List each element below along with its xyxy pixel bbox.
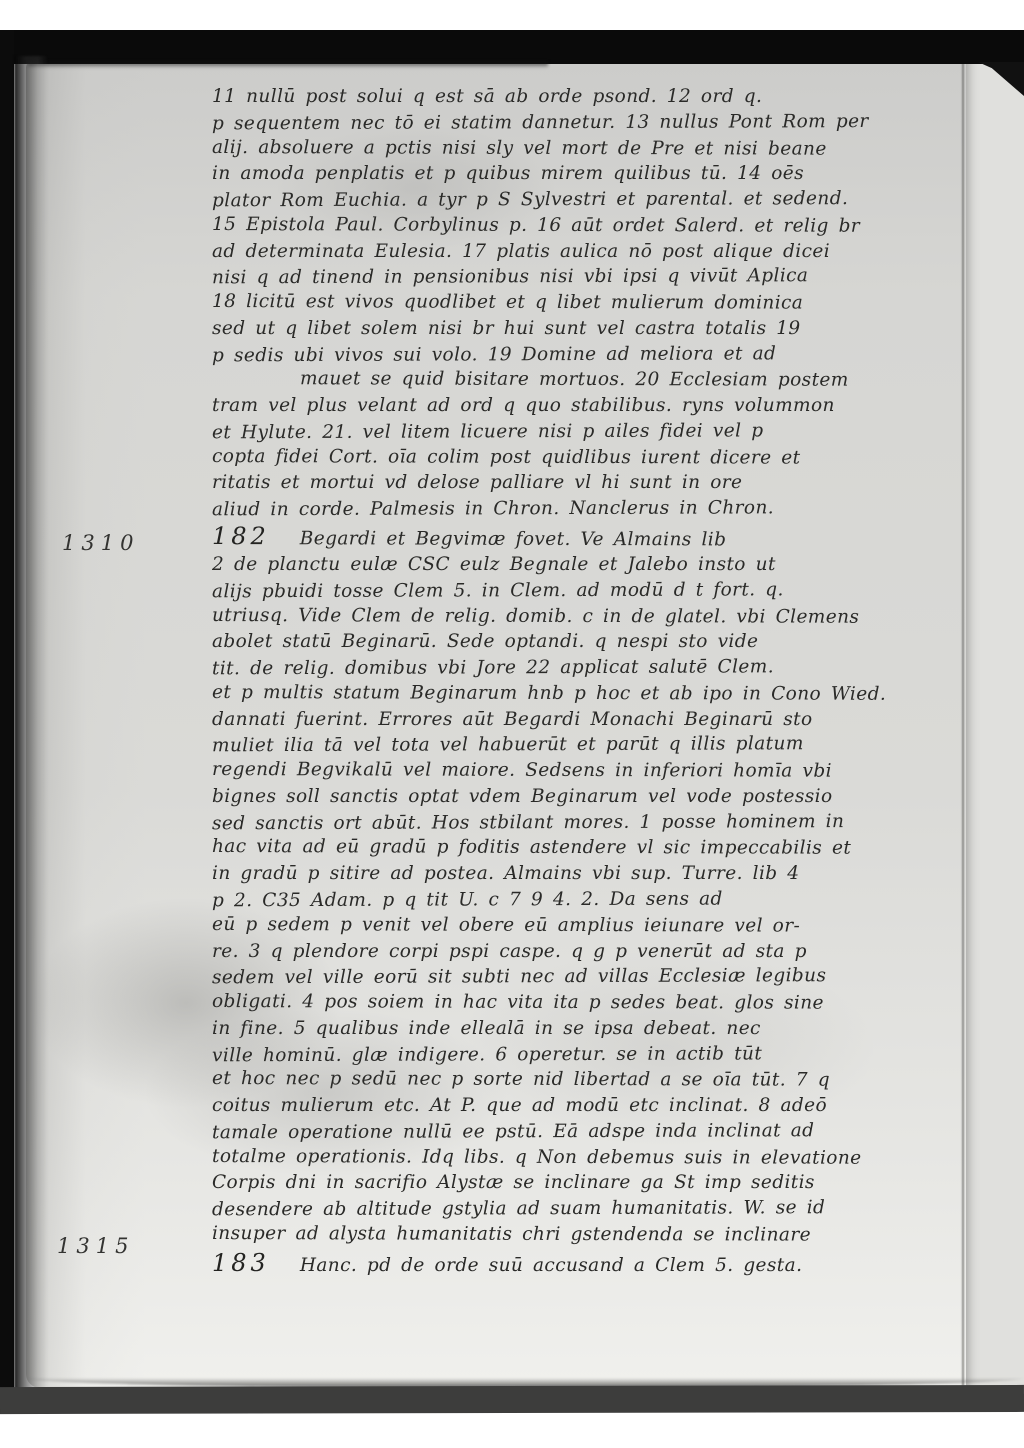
line-text: alij. absoluere a pctis nisi sly vel mor… (212, 137, 827, 160)
frame-shadow (28, 62, 548, 68)
line-text: sed sanctis ort abūt. Hos stbilant mores… (212, 811, 844, 834)
line-text: regendi Begvikalū vel maiore. Sedsens in… (212, 759, 832, 782)
line-text: insuper ad alysta humanitatis chri gsten… (212, 1223, 811, 1246)
manuscript-line: in gradū p sitire ad postea. Almains vbi… (212, 861, 960, 887)
manuscript-line: sedem vel ville eorū sit subti nec ad vi… (212, 963, 960, 991)
manuscript-line: plator Rom Euchia. a tyr p S Sylvestri e… (212, 186, 960, 214)
manuscript-line: et Hylute. 21. vel litem licuere nisi p … (212, 418, 960, 446)
section-number: 182 (212, 522, 270, 550)
manuscript-line: 15 Epistola Paul. Corbylinus p. 16 aūt o… (212, 212, 960, 240)
line-text: aliud in corde. Palmesis in Chron. Nancl… (212, 498, 774, 521)
photo-frame-top (0, 30, 1024, 64)
manuscript-line: tit. de relig. domibus vbi Jore 22 appli… (212, 654, 960, 682)
line-text: Begardi et Begvimæ fovet. Ve Almains lib (300, 528, 727, 550)
manuscript-line: Corpis dni in sacrifio Alystæ se inclina… (212, 1170, 960, 1196)
line-text: Corpis dni in sacrifio Alystæ se inclina… (212, 1172, 815, 1193)
manuscript-line: bignes soll sanctis optat vdem Beginarum… (212, 784, 960, 810)
line-text: plator Rom Euchia. a tyr p S Sylvestri e… (212, 188, 848, 211)
manuscript-line: ritatis et mortui vd delose palliare vl … (212, 470, 960, 496)
line-text: 11 nullū post solui q est sā ab orde pso… (212, 86, 762, 107)
manuscript-line: in fine. 5 qualibus inde ellealā in se i… (212, 1016, 960, 1042)
manuscript-line: desendere ab altitude gstylia ad suam hu… (212, 1195, 960, 1223)
line-text: in amoda penplatis et p quibus mirem qui… (212, 163, 804, 184)
manuscript-line: p sedis ubi vivos sui volo. 19 Domine ad… (212, 340, 960, 368)
line-text: ad determinata Eulesia. 17 platis aulica… (212, 241, 830, 262)
manuscript-line: p 2. C35 Adam. p q tit U. c 7 9 4. 2. Da… (212, 886, 960, 914)
line-text: 18 licitū est vivos quodlibet et q libet… (212, 291, 803, 314)
line-text: 15 Epistola Paul. Corbylinus p. 16 aūt o… (212, 214, 860, 237)
manuscript-line: regendi Begvikalū vel maiore. Sedsens in… (212, 757, 960, 785)
manuscript-line: utriusq. Vide Clem de relig. domib. c in… (212, 603, 960, 631)
photo-frame-left (0, 30, 14, 1414)
manuscript-line: nisi q ad tinend in pensionibus nisi vbi… (212, 263, 960, 291)
line-text: abolet statū Beginarū. Sede optandi. q n… (212, 631, 758, 652)
manuscript-line: ville hominū. glæ indigere. 6 operetur. … (212, 1040, 960, 1068)
line-text: eū p sedem p venit vel obere eū amplius … (212, 914, 800, 937)
line-text: 2 de planctu eulæ CSC eulz Begnale et Ja… (212, 554, 776, 575)
line-text: desendere ab altitude gstylia ad suam hu… (212, 1197, 825, 1220)
line-text: Hanc. pd de orde suū accusand a Clem 5. … (300, 1255, 803, 1276)
line-text: re. 3 q plendore corpi pspi caspe. q g p… (212, 941, 807, 962)
binding-gutter (14, 56, 48, 1396)
manuscript-line: 183Hanc. pd de orde suū accusand a Clem … (212, 1248, 960, 1278)
manuscript-line: hac vita ad eū gradū p foditis astendere… (212, 834, 960, 862)
page-crease (962, 60, 964, 1386)
manuscript-line: mauet se quid bisitare mortuos. 20 Eccle… (212, 366, 960, 394)
manuscript-line: sed sanctis ort abūt. Hos stbilant mores… (212, 808, 960, 836)
line-text: p sequentem nec tō ei statim dannetur. 1… (212, 111, 869, 134)
manuscript-line: muliet ilia tā vel tota vel habuerūt et … (212, 731, 960, 759)
manuscript-line: 182Begardi et Begvimæ fovet. Ve Almains … (212, 521, 960, 553)
line-text: tamale operatione nullū ee pstū. Eā adsp… (212, 1120, 814, 1143)
line-text: copta fidei Cort. oīa colim post quidlib… (212, 446, 801, 469)
manuscript-line: p sequentem nec tō ei statim dannetur. 1… (212, 108, 960, 136)
book-bottom-edge (0, 1385, 1024, 1414)
manuscript-photo: 1310 1315 11 nullū post solui q est sā a… (0, 0, 1024, 1448)
line-text: p 2. C35 Adam. p q tit U. c 7 9 4. 2. Da… (212, 888, 723, 911)
manuscript-line: alij. absoluere a pctis nisi sly vel mor… (212, 135, 960, 163)
margin-year-1315: 1315 (57, 1234, 134, 1258)
adjacent-page-edge (966, 58, 1024, 1388)
line-text: ville hominū. glæ indigere. 6 operetur. … (212, 1043, 762, 1066)
manuscript-line: et p multis statum Beginarum hnb p hoc e… (212, 680, 960, 708)
manuscript-line: 18 licitū est vivos quodlibet et q libet… (212, 289, 960, 317)
manuscript-line: re. 3 q plendore corpi pspi caspe. q g p… (212, 939, 960, 965)
manuscript-line: tram vel plus velant ad ord q quo stabil… (212, 393, 960, 419)
manuscript-line: coitus mulierum etc. At P. que ad modū e… (212, 1093, 960, 1119)
manuscript-line: ad determinata Eulesia. 17 platis aulica… (212, 239, 960, 265)
manuscript-line: abolet statū Beginarū. Sede optandi. q n… (212, 629, 960, 655)
manuscript-line: obligati. 4 pos soiem in hac vita ita p … (212, 989, 960, 1017)
manuscript-line: eū p sedem p venit vel obere eū amplius … (212, 912, 960, 940)
manuscript-line: tamale operatione nullū ee pstū. Eā adsp… (212, 1118, 960, 1146)
line-text: obligati. 4 pos soiem in hac vita ita p … (212, 991, 824, 1014)
line-text: muliet ilia tā vel tota vel habuerūt et … (212, 734, 804, 757)
line-text: p sedis ubi vivos sui volo. 19 Domine ad… (212, 343, 776, 366)
line-text: sed ut q libet solem nisi br hui sunt ve… (212, 318, 801, 339)
manuscript-line: alijs pbuidi tosse Clem 5. in Clem. ad m… (212, 576, 960, 604)
line-text: nisi q ad tinend in pensionibus nisi vbi… (212, 266, 808, 289)
manuscript-line: dannati fuerint. Errores aūt Begardi Mon… (212, 707, 960, 733)
line-text: et hoc nec p sedū nec p sorte nid libert… (212, 1068, 830, 1091)
manuscript-line: 2 de planctu eulæ CSC eulz Begnale et Ja… (212, 552, 960, 578)
line-text: mauet se quid bisitare mortuos. 20 Eccle… (300, 369, 849, 391)
line-text: in gradū p sitire ad postea. Almains vbi… (212, 863, 799, 884)
manuscript-line: aliud in corde. Palmesis in Chron. Nancl… (212, 495, 960, 523)
line-text: coitus mulierum etc. At P. que ad modū e… (212, 1095, 827, 1116)
manuscript-line: insuper ad alysta humanitatis chri gsten… (212, 1221, 960, 1249)
line-text: tram vel plus velant ad ord q quo stabil… (212, 395, 835, 416)
line-text: in fine. 5 qualibus inde ellealā in se i… (212, 1018, 761, 1039)
manuscript-line: 11 nullū post solui q est sā ab orde pso… (212, 84, 960, 110)
manuscript-text-block: 11 nullū post solui q est sā ab orde pso… (212, 84, 960, 1278)
manuscript-line: totalme operationis. Idq libs. q Non deb… (212, 1144, 960, 1172)
manuscript-line: et hoc nec p sedū nec p sorte nid libert… (212, 1066, 960, 1094)
section-number: 183 (212, 1249, 270, 1277)
manuscript-line: sed ut q libet solem nisi br hui sunt ve… (212, 316, 960, 342)
line-text: utriusq. Vide Clem de relig. domib. c in… (212, 605, 859, 628)
line-text: bignes soll sanctis optat vdem Beginarum… (212, 786, 833, 807)
line-text: sedem vel ville eorū sit subti nec ad vi… (212, 965, 826, 988)
line-text: et Hylute. 21. vel litem licuere nisi p … (212, 420, 763, 443)
line-text: tit. de relig. domibus vbi Jore 22 appli… (212, 656, 774, 679)
manuscript-line: in amoda penplatis et p quibus mirem qui… (212, 161, 960, 187)
line-text: et p multis statum Beginarum hnb p hoc e… (212, 682, 886, 705)
line-text: dannati fuerint. Errores aūt Begardi Mon… (212, 709, 813, 730)
manuscript-line: copta fidei Cort. oīa colim post quidlib… (212, 444, 960, 472)
margin-year-1310: 1310 (62, 531, 139, 555)
line-text: hac vita ad eū gradū p foditis astendere… (212, 836, 851, 859)
line-text: totalme operationis. Idq libs. q Non deb… (212, 1146, 862, 1169)
line-text: ritatis et mortui vd delose palliare vl … (212, 472, 742, 493)
line-text: alijs pbuidi tosse Clem 5. in Clem. ad m… (212, 579, 784, 602)
